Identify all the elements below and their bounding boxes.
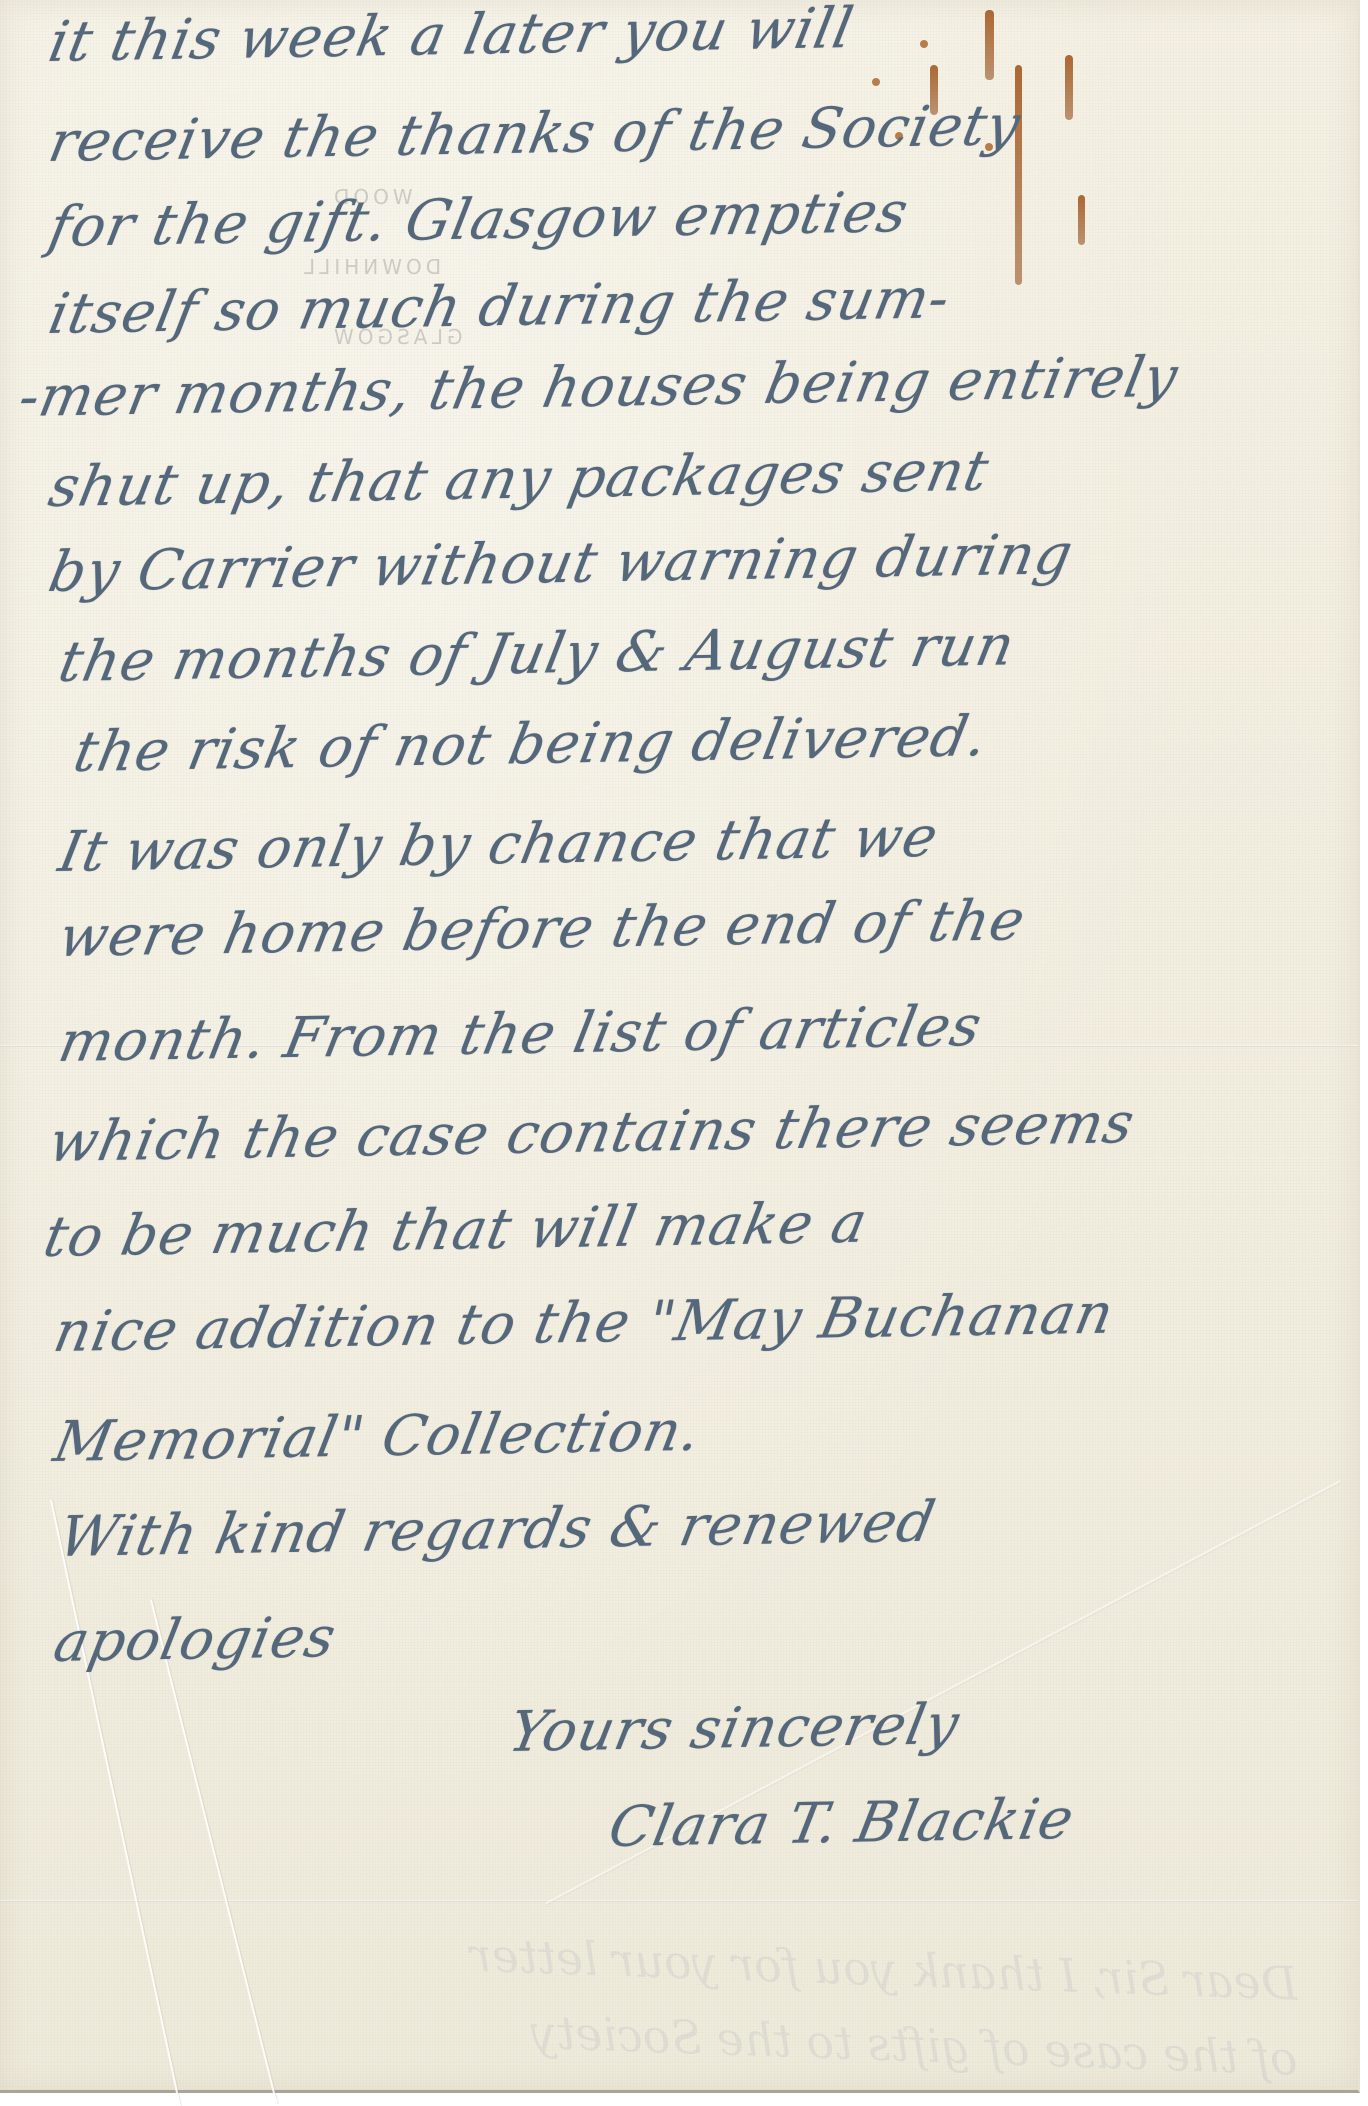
rust-spot — [872, 78, 880, 86]
letter-line: apologies — [49, 1605, 342, 1675]
letter-line: which the case contains there seems — [44, 1091, 1140, 1175]
rust-spot — [920, 40, 928, 48]
letter-line: nice addition to the "May Buchanan — [49, 1282, 1120, 1365]
letter-line: Memorial" Collection. — [49, 1399, 707, 1475]
letter-line: -mer months, the houses being entirely — [14, 345, 1184, 430]
letter-line: for the gift. Glasgow empties — [44, 180, 914, 260]
fold-line — [0, 1900, 1358, 1902]
letter-line: the months of July & August run — [54, 613, 1021, 695]
letter-line: receive the thanks of the Society — [44, 93, 1026, 175]
letter-line: shut up, that any packages sent — [44, 439, 995, 520]
letter-line: it this week a later you will — [44, 0, 859, 75]
letter-line: were home before the end of the — [54, 888, 1031, 970]
letter-line: It was only by chance that we — [54, 805, 944, 885]
letter-line: by Carrier without warning during — [44, 522, 1079, 605]
rust-stain — [985, 10, 994, 80]
letter-signature: Clara T. Blackie — [604, 1787, 1080, 1860]
letter-line: itself so much during the sum- — [44, 266, 956, 347]
rust-stain — [1078, 195, 1085, 245]
letter-line: the risk of not being delivered. — [69, 704, 994, 785]
letter-page: WOOD DOWNHILL GLASGOW Dear Sir, I thank … — [0, 0, 1360, 2093]
letter-line: month. From the list of articles — [54, 994, 988, 1075]
letter-line: With kind regards & renewed — [54, 1490, 941, 1570]
letter-closing: Yours sincerely — [504, 1692, 965, 1765]
letter-line: to be much that will make a — [39, 1191, 873, 1270]
rust-stain — [1065, 55, 1073, 120]
